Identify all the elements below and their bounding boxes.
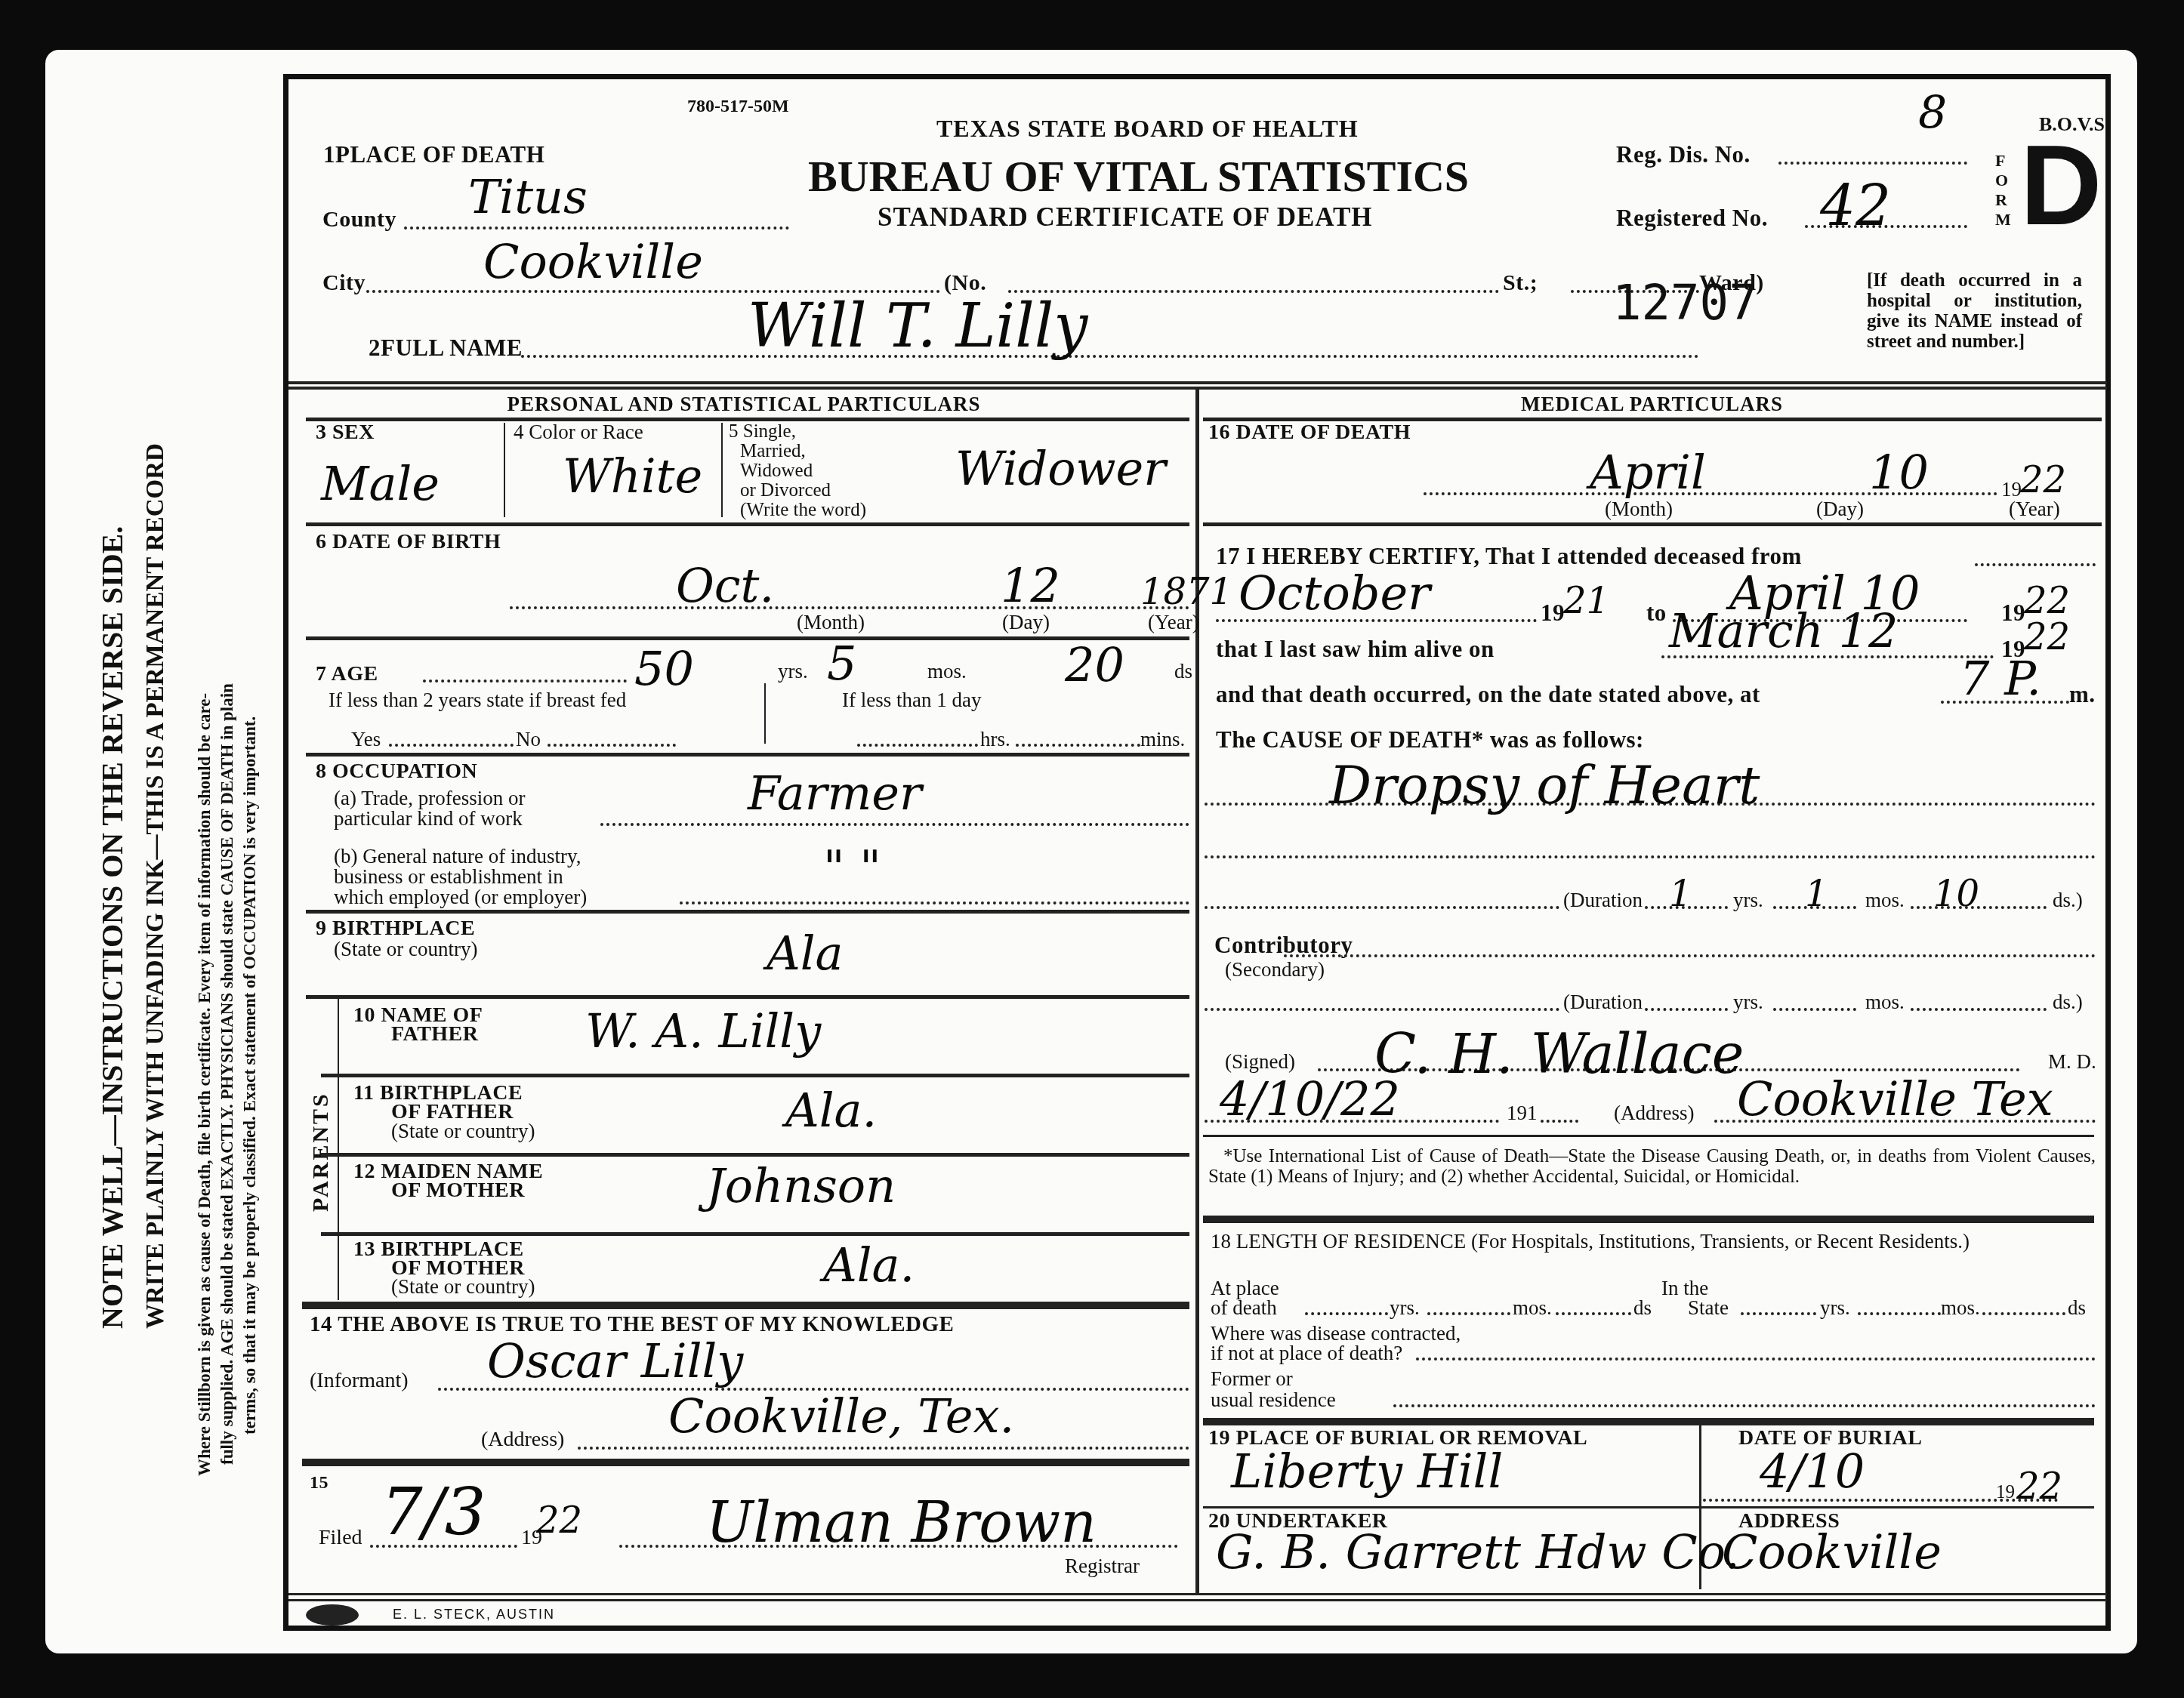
cause-footnote: *Use International List of Cause of Deat… [1208, 1146, 2096, 1187]
age-days: 20 [1065, 642, 1124, 689]
occupation-label: 8 OCCUPATION [316, 760, 477, 782]
cause-label: The CAUSE OF DEATH* was as follows: [1216, 729, 1644, 750]
contrib-duration-label: (Duration [1563, 991, 1643, 1012]
occ-b-label-3: which employed (or employer) [334, 886, 587, 908]
county-value: Titus [468, 174, 588, 220]
race-label: 4 Color or Race [514, 421, 643, 442]
occ-a-label-1: (a) Trade, profession or [334, 787, 525, 809]
margin-write-plainly: WRITE PLAINLY WITH UNFADING INK—THIS IS … [142, 443, 170, 1329]
age-ds-label: ds [1174, 661, 1192, 682]
last-saw-label: that I last saw him alive on [1216, 638, 1495, 660]
death-time-value: 7 P. [1960, 655, 2041, 702]
in-state-ds: ds [2068, 1297, 2086, 1318]
in-state-label-2: State [1688, 1297, 1729, 1318]
corner-mark: 8 [1918, 91, 1947, 136]
contracted-label-2: if not at place of death? [1211, 1342, 1402, 1364]
date-of-death-month: April [1590, 449, 1706, 496]
informant-label: (Informant) [310, 1370, 409, 1391]
marital-label-5: (Write the word) [740, 500, 866, 521]
birthplace-caption: (State or country) [334, 938, 477, 960]
undertaker-value: G. B. Garrett Hdw Co. [1216, 1529, 1740, 1576]
burial-year: 22 [2016, 1468, 2062, 1505]
mother-birthplace-value: Ala. [823, 1242, 915, 1289]
last-saw-year: 22 [2024, 619, 2070, 655]
in-state-label-1: In the [1661, 1277, 1708, 1299]
county-label: County [322, 208, 396, 230]
duration-mos-label: mos. [1865, 889, 1905, 911]
form-letter: D [2020, 128, 2102, 242]
marital-label-3: Widowed [740, 461, 813, 482]
registered-no-value: 42 [1820, 178, 1891, 234]
dod-year-prefix: 19 [2001, 479, 2022, 500]
printer-credit: E. L. STECK, AUSTIN [393, 1607, 555, 1622]
duration-years: 1 [1669, 876, 1692, 912]
dod-day-caption: (Day) [1816, 498, 1864, 519]
filed-label: Filed [319, 1527, 362, 1549]
attended-to-year: 22 [2024, 583, 2070, 619]
signed-year-prefix: 191 [1507, 1102, 1538, 1123]
contrib-yrs-label: yrs. [1733, 991, 1763, 1012]
father-birthplace-value: Ala. [785, 1087, 877, 1134]
occ-b-label-1: (b) General nature of industry, [334, 846, 581, 867]
issuer: TEXAS STATE BOARD OF HEALTH [936, 115, 1359, 143]
margin-instructions-1: Where Stillborn is given as cause of Dea… [195, 693, 214, 1476]
residence-label: 18 LENGTH OF RESIDENCE (For Hospitals, I… [1211, 1231, 2094, 1252]
attended-from: October [1239, 570, 1430, 617]
duration-days: 10 [1933, 876, 1979, 912]
at-place-ds: ds [1633, 1297, 1652, 1318]
full-name-label: 2FULL NAME [369, 337, 523, 359]
city-label: City [322, 272, 366, 294]
dob-day: 12 [1001, 562, 1060, 609]
attended-to-year-prefix: 19 [2001, 602, 2025, 624]
stamp-number: 12707 [1612, 276, 1758, 331]
attended-from-year-prefix: 19 [1541, 602, 1565, 624]
bureau-title: BUREAU OF VITAL STATISTICS [808, 151, 1469, 202]
duration-ds-label: ds.) [2053, 889, 2083, 911]
age-months: 5 [827, 640, 856, 687]
informant-value: Oscar Lilly [487, 1338, 743, 1385]
certify-statement: 17 I HEREBY CERTIFY, That I attended dec… [1216, 545, 1802, 567]
former-residence-label-2: usual residence [1211, 1389, 1336, 1410]
margin-note-well: NOTE WELL—INSTRUCTIONS ON THE REVERSE SI… [94, 526, 130, 1329]
place-of-death-label: 1PLACE OF DEATH [323, 143, 544, 165]
marital-value: Widower [955, 445, 1166, 492]
contrib-ds-label: ds.) [2053, 991, 2083, 1012]
informant-address-label: (Address) [481, 1429, 564, 1450]
registered-no-label: Registered No. [1616, 207, 1768, 229]
in-state-mos: mos. [1941, 1297, 1980, 1318]
cause-value: Dropsy of Heart [1329, 759, 1760, 812]
mother-birthplace-caption: (State or country) [391, 1276, 535, 1297]
print-code: 780-517-50M [687, 97, 789, 117]
knowledge-statement: 14 THE ABOVE IS TRUE TO THE BEST OF MY K… [310, 1314, 954, 1336]
duration-yrs-label: yrs. [1733, 889, 1763, 911]
age-label: 7 AGE [316, 663, 378, 685]
last-saw-value: March 12 [1669, 608, 1898, 655]
document-title: STANDARD CERTIFICATE OF DEATH [878, 202, 1373, 233]
margin-instructions-3: terms, so that it may be properly classi… [240, 716, 260, 1435]
at-place-mos: mos. [1513, 1297, 1552, 1318]
margin-instructions-2: fully supplied. AGE should be stated EXA… [217, 683, 237, 1465]
dob-day-caption: (Day) [1002, 612, 1050, 633]
mother-name-value: Johnson [706, 1163, 896, 1210]
marital-label-1: 5 Single, [729, 421, 796, 442]
burial-year-prefix: 19 [1996, 1482, 2015, 1503]
age-years: 50 [634, 646, 694, 692]
printer-logo [306, 1604, 359, 1626]
personal-section-title: PERSONAL AND STATISTICAL PARTICULARS [295, 393, 1193, 416]
date-of-death-year: 22 [2020, 462, 2066, 498]
signed-date: 4/10/22 [1220, 1076, 1400, 1123]
form-word: FORM [1995, 151, 2010, 230]
undertaker-address-value: Cookville [1722, 1529, 1942, 1576]
to-label: to [1646, 602, 1667, 624]
yes-label: Yes [351, 729, 381, 750]
filed-date: 7/3 [381, 1480, 486, 1545]
physician-signature: C. H. Wallace [1374, 1027, 1744, 1081]
dob-year: 1871 [1140, 574, 1232, 610]
marital-label-4: or Divorced [740, 480, 831, 501]
registrar-signature: Ulman Brown [706, 1495, 1097, 1551]
dod-month-caption: (Month) [1605, 498, 1673, 519]
sex-label: 3 SEX [316, 421, 375, 443]
at-place-label-1: At place [1211, 1277, 1279, 1299]
death-time-label: and that death occurred, on the date sta… [1216, 683, 1760, 705]
duration-label: (Duration [1563, 889, 1643, 911]
dob-year-caption: (Year) [1148, 612, 1199, 633]
dob-month: Oct. [676, 562, 774, 609]
filed-year: 22 [536, 1502, 582, 1539]
date-of-death-day: 10 [1869, 449, 1929, 496]
breastfed-label: If less than 2 years state if breast fed [329, 689, 626, 710]
burial-place-value: Liberty Hill [1231, 1448, 1503, 1495]
mother-name-label-2: OF MOTHER [391, 1179, 525, 1201]
dob-label: 6 DATE OF BIRTH [316, 531, 501, 553]
medical-section-title: MEDICAL PARTICULARS [1201, 393, 2103, 416]
physician-address-value: Cookville Tex [1737, 1076, 2053, 1123]
attended-from-year: 21 [1563, 583, 1609, 619]
duration-months: 1 [1805, 876, 1828, 912]
birthplace-value: Ala [767, 930, 844, 977]
hrs-label: hrs. [980, 729, 1010, 750]
secondary-label: (Secondary) [1225, 959, 1325, 980]
date-of-death-label: 16 DATE OF DEATH [1208, 421, 1411, 443]
race-value: White [563, 453, 702, 500]
reg-dis-label: Reg. Dis. No. [1616, 143, 1751, 165]
md-label: M. D. [2048, 1051, 2096, 1072]
contributory-label: Contributory [1214, 934, 1353, 956]
city-value: Cookville [483, 239, 703, 285]
contrib-mos-label: mos. [1865, 991, 1905, 1012]
burial-date-value: 4/10 [1760, 1448, 1865, 1495]
marital-label-2: Married, [740, 441, 806, 462]
death-time-suffix: m. [2069, 683, 2096, 705]
age-yrs-label: yrs. [778, 661, 808, 682]
in-state-yrs: yrs. [1820, 1297, 1850, 1318]
occ-b-label-2: business or establishment in [334, 866, 563, 887]
physician-address-label: (Address) [1614, 1102, 1694, 1123]
filed-number: 15 [310, 1472, 329, 1494]
father-birthplace-caption: (State or country) [391, 1120, 535, 1142]
mins-label: mins. [1140, 729, 1185, 750]
sex-value: Male [321, 461, 440, 507]
dob-month-caption: (Month) [797, 612, 865, 633]
registrar-label: Registrar [1065, 1555, 1140, 1576]
less-than-day-label: If less than 1 day [842, 689, 981, 710]
signed-label: (Signed) [1225, 1051, 1295, 1072]
parents-label: PARENTS [310, 1092, 332, 1212]
contracted-label-1: Where was disease contracted, [1211, 1323, 1461, 1344]
occ-a-label-2: particular kind of work [334, 808, 523, 829]
birthplace-label: 9 BIRTHPLACE [316, 917, 475, 939]
full-name-value: Will T. Lilly [748, 296, 1088, 356]
informant-address-value: Cookville, Tex. [668, 1393, 1014, 1440]
street-label: St.; [1503, 272, 1538, 294]
hospital-note: [If death occurred in a hospital or inst… [1867, 270, 2082, 352]
former-residence-label-1: Former or [1211, 1368, 1293, 1389]
father-name-label-2: FATHER [391, 1023, 479, 1045]
father-name-value: W. A. Lilly [585, 1008, 821, 1055]
at-place-label-2: of death [1211, 1297, 1277, 1318]
occupation-value: Farmer [748, 770, 922, 817]
age-mos-label: mos. [927, 661, 967, 682]
at-place-yrs: yrs. [1390, 1297, 1420, 1318]
no-label: No [516, 729, 541, 750]
industry-value: " " [823, 844, 881, 891]
dod-year-caption: (Year) [2009, 498, 2060, 519]
